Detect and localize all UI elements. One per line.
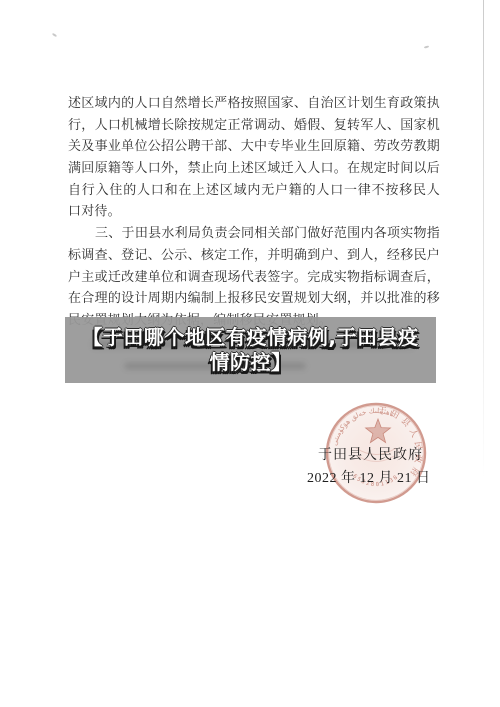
- text-line: 述区域内的人口自然增长严格按照国家、自治区计划生育政策执: [68, 92, 440, 114]
- text-line: 自行入住的人口和在上述区域内无户籍的人口一律不按移民人: [68, 179, 440, 201]
- text-line: 标调查、登记、公示、核定工作，并明确到户、到人，经移民户: [68, 244, 440, 266]
- overlay-caption-band: 【于田哪个地区有疫情病例,于田县疫 情防控】: [65, 317, 436, 383]
- text-line: 户主或迁改建单位和调查现场代表签字。完成实物指标调查后，: [68, 266, 440, 288]
- scan-speck: [424, 45, 429, 48]
- text-line: 在合理的设计周期内编制上报移民安置规划大纲，并以批准的移: [68, 287, 440, 309]
- text-line: 关及事业单位公招公聘干部、大中专毕业生回原籍、劳改劳教期: [68, 135, 440, 157]
- issuer-name: 于田县人民政府: [318, 444, 423, 464]
- text-line: 行，人口机械增长除按规定正常调动、婚假、复转军人、国家机: [68, 114, 440, 136]
- text-line: 口对待。: [68, 200, 440, 222]
- body-text: 述区域内的人口自然增长严格按照国家、自治区计划生育政策执 行，人口机械增长除按规…: [68, 92, 440, 331]
- scan-speck: [52, 33, 57, 38]
- text-line: 满回原籍等人口外，禁止向上述区域迁入人口。在规定时间以后: [68, 157, 440, 179]
- overlay-caption-line: 情防控】: [210, 350, 292, 375]
- overlay-caption-line: 【于田哪个地区有疫情病例,于田县疫: [82, 325, 418, 350]
- issue-date: 2022 年 12 月 21 日: [307, 467, 431, 487]
- text-line: 三、于田县水利局负责会同相关部门做好范围内各项实物指: [68, 222, 440, 244]
- page-edge-line: [483, 0, 484, 478]
